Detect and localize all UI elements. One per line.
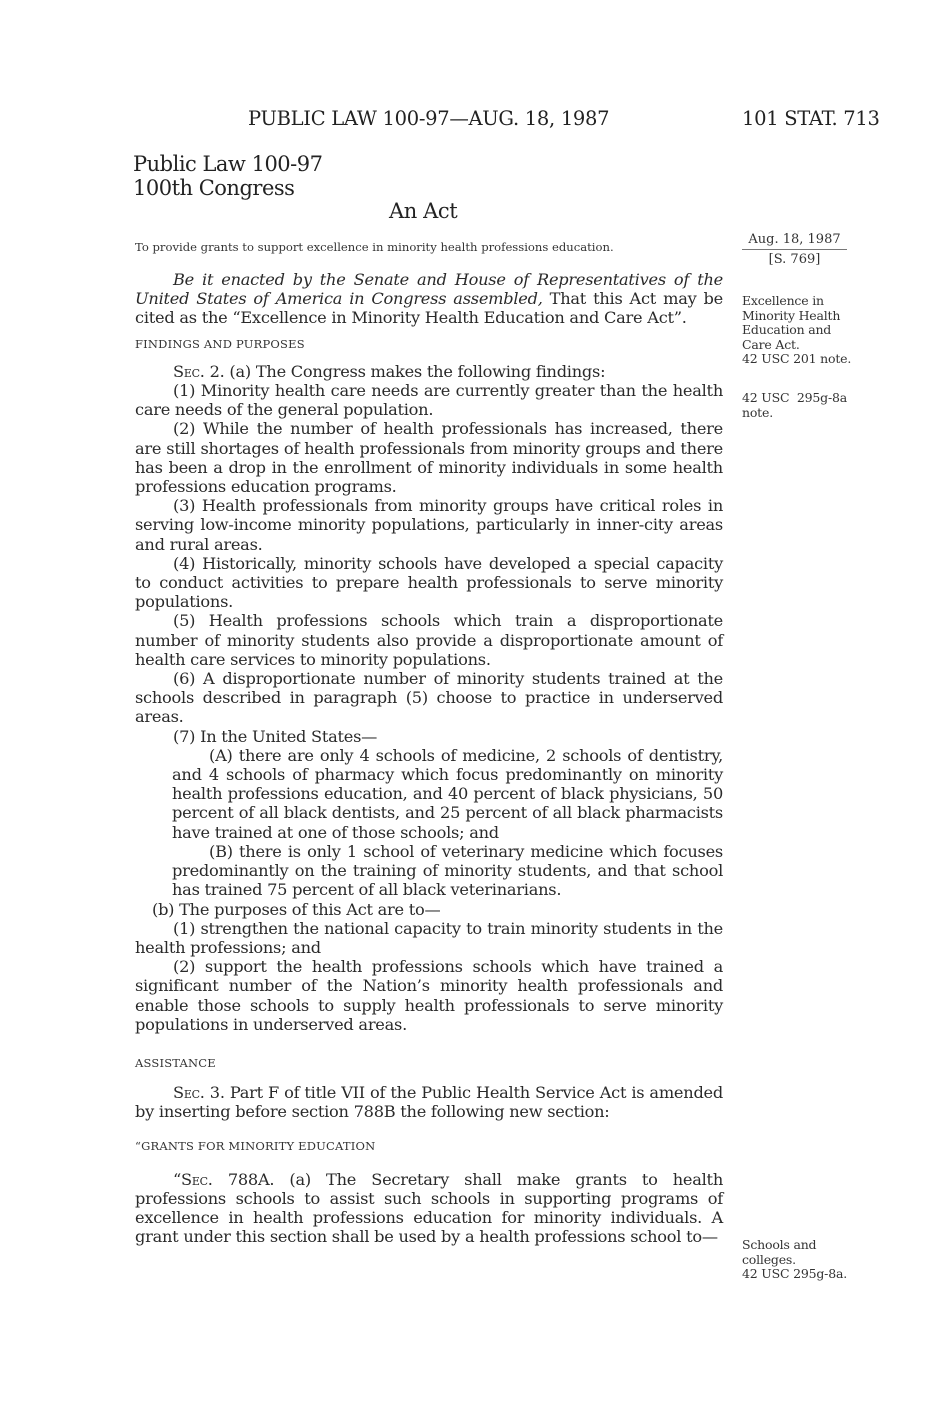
section-788a-label: “Sec. 788A. (173, 1170, 274, 1189)
margin-note-line: Minority Health (742, 309, 851, 324)
document-page: PUBLIC LAW 100-97—AUG. 18, 1987 101 STAT… (0, 0, 940, 1409)
margin-note-date: Aug. 18, 1987 [S. 769] (742, 232, 847, 268)
public-law-designation: Public Law 100-97 100th Congress (133, 152, 322, 200)
finding-7-b: (B) there is only 1 school of veterinary… (172, 842, 723, 900)
an-act-heading: An Act (389, 199, 457, 223)
margin-note-line: note. (742, 406, 847, 421)
finding-6: (6) A disproportionate number of minorit… (135, 669, 723, 727)
section-2-intro-text: (a) The Congress makes the following fin… (225, 362, 606, 381)
public-law-number: Public Law 100-97 (133, 152, 322, 176)
divider (742, 249, 847, 250)
finding-7-a: (A) there are only 4 schools of medicine… (172, 746, 723, 842)
margin-note-findings: 42 USC 295g-8a note. (742, 391, 847, 420)
act-body: Be it enacted by the Senate and House of… (135, 270, 723, 1247)
section-2-intro: Sec. 2. (a) The Congress makes the follo… (135, 362, 723, 381)
section-3-label: Sec. 3. (173, 1083, 225, 1102)
margin-note-line: Schools and (742, 1238, 847, 1253)
section-heading-grants: “GRANTS FOR MINORITY EDUCATION (135, 1137, 723, 1156)
finding-3: (3) Health professionals from minority g… (135, 496, 723, 554)
finding-1: (1) Minority health care needs are curre… (135, 381, 723, 419)
margin-note-line: 42 USC 295g-8a (742, 391, 847, 406)
section-788a: “Sec. 788A. (a) The Secretary shall make… (135, 1170, 723, 1247)
margin-note-short-title: Excellence in Minority Health Education … (742, 294, 851, 367)
congress-number: 100th Congress (133, 176, 322, 200)
enacting-clause: Be it enacted by the Senate and House of… (135, 270, 723, 328)
section-3: Sec. 3. Part F of title VII of the Publi… (135, 1083, 723, 1121)
running-head: PUBLIC LAW 100-97—AUG. 18, 1987 (248, 107, 609, 130)
section-heading-findings: FINDINGS AND PURPOSES (135, 335, 723, 354)
statute-page-reference: 101 STAT. 713 (742, 107, 880, 130)
margin-note-line: Care Act. (742, 338, 851, 353)
finding-7-subparagraphs: (A) there are only 4 schools of medicine… (135, 746, 723, 900)
margin-note-grants: Schools and colleges. 42 USC 295g-8a. (742, 1238, 847, 1282)
section-heading-assistance: ASSISTANCE (135, 1054, 723, 1073)
purpose-1: (1) strengthen the national capacity to … (135, 919, 723, 957)
margin-note-line: Excellence in (742, 294, 851, 309)
purposes-intro: (b) The purposes of this Act are to— (135, 900, 723, 919)
margin-note-line: 42 USC 201 note. (742, 352, 851, 367)
bill-number: [S. 769] (742, 252, 847, 268)
finding-4: (4) Historically, minority schools have … (135, 554, 723, 612)
margin-note-line: colleges. (742, 1253, 847, 1268)
enactment-date: Aug. 18, 1987 (742, 232, 847, 248)
section-2-label: Sec. 2. (173, 362, 225, 381)
finding-5: (5) Health professions schools which tra… (135, 611, 723, 669)
purpose-2: (2) support the health professions schoo… (135, 957, 723, 1034)
finding-2: (2) While the number of health professio… (135, 419, 723, 496)
margin-note-line: Education and (742, 323, 851, 338)
finding-7: (7) In the United States— (135, 727, 723, 746)
long-title: To provide grants to support excellence … (135, 240, 614, 254)
margin-note-line: 42 USC 295g-8a. (742, 1267, 847, 1282)
